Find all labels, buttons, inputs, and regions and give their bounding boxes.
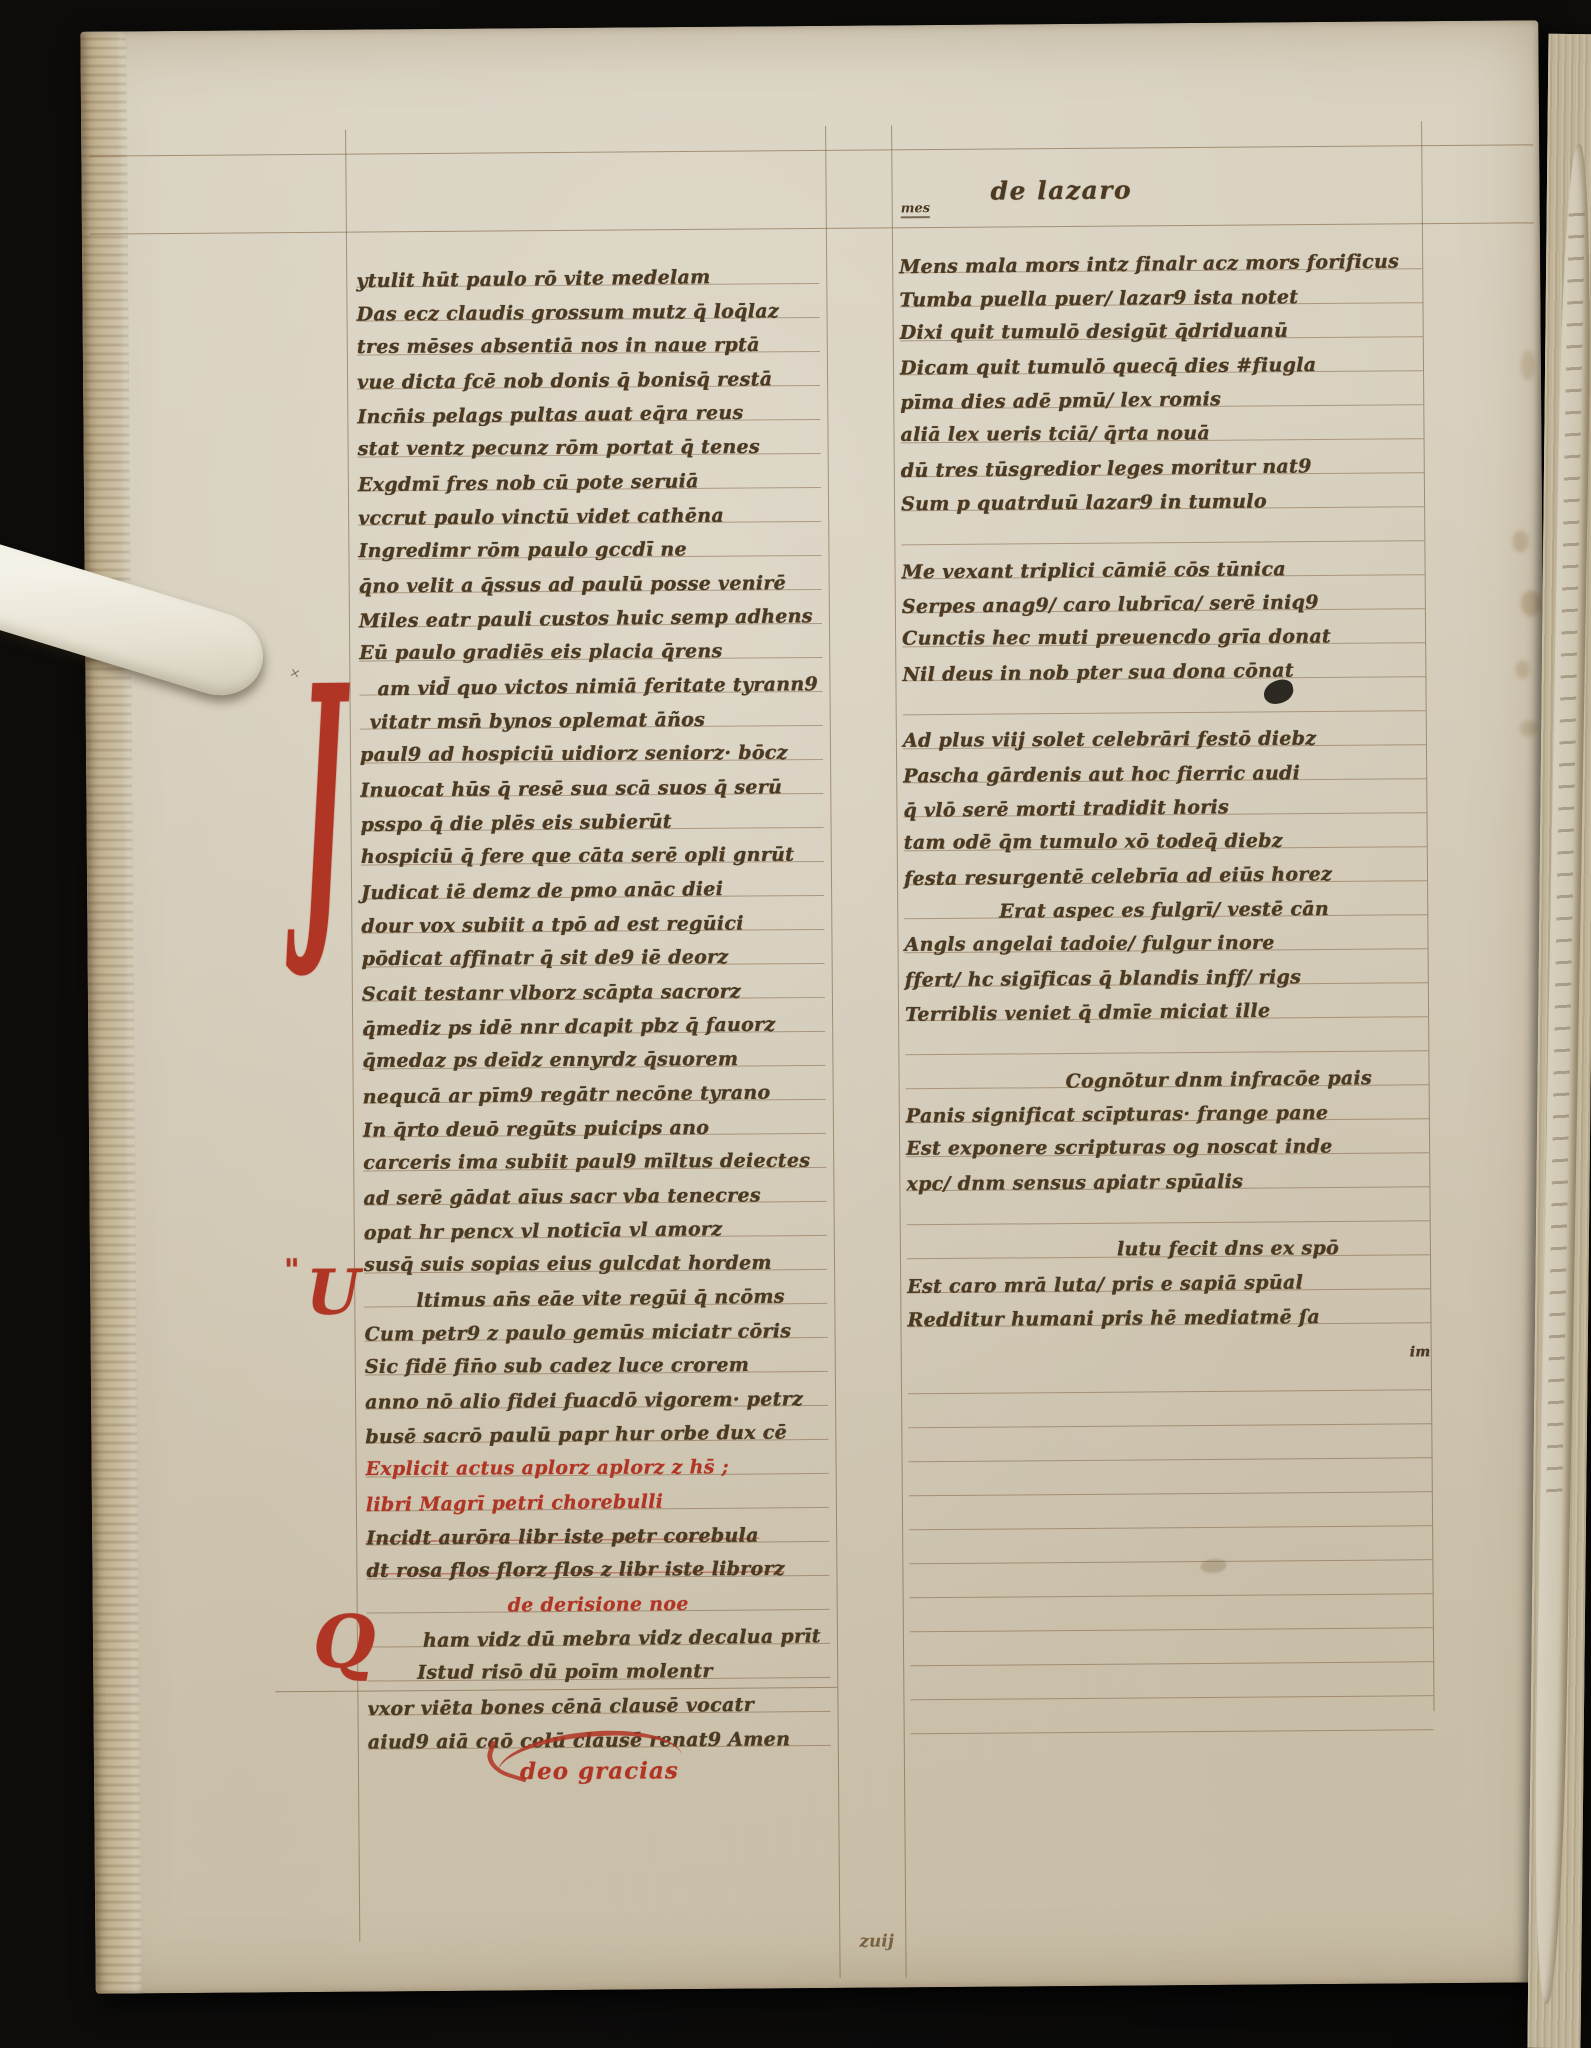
edge-stain bbox=[1521, 590, 1541, 616]
manuscript-line: psspo q̄ die plēs eis subierūt bbox=[360, 794, 823, 832]
manuscript-line: q̄mediz ps idē nnr dcapit pbz q̄ fauorz bbox=[362, 998, 825, 1036]
manuscript-line: Ingredimr rōm paulo gccdī ne bbox=[358, 522, 821, 560]
manuscript-line: am vid̄ quo victos nimiā feritate tyrann… bbox=[359, 658, 822, 696]
next-leaf-text-hint bbox=[1546, 204, 1585, 1505]
manuscript-line: pīma dies adē pmū/ lex romis bbox=[900, 371, 1423, 409]
header-title: de lazaro bbox=[990, 176, 1132, 206]
manuscript-line: Angls angelai tadoie/ fulgur inore bbox=[904, 915, 1427, 953]
manuscript-line: Cum petr9 z paulo gemūs miciatr cōris bbox=[364, 1304, 827, 1342]
right-text-column: Mens mala mors intz finalr acz mors fori… bbox=[899, 235, 1434, 1734]
manuscript-line: vitatr msn̄ bynos oplemat āños bbox=[360, 692, 823, 730]
manuscript-line: busē sacrō paulū papr hur orbe dux cē bbox=[365, 1406, 828, 1444]
manuscript-line-text: deo gracias bbox=[520, 1757, 679, 1785]
manuscript-line: xpc/ dnm sensus apiatr spūalis bbox=[906, 1153, 1429, 1191]
manuscript-line: festa resurgentē celebrīa ad eiūs horez bbox=[904, 847, 1427, 885]
manuscript-line: q̄no velit a q̄ssus ad paulū posse venir… bbox=[358, 556, 821, 594]
manuscript-line: Est exponere scripturas og noscat inde bbox=[906, 1119, 1429, 1157]
manuscript-line: Sum p quatrduū lazar9 in tumulo bbox=[901, 473, 1424, 511]
manuscript-line: Incn̄is pelags pultas auat eq̄ra reus bbox=[357, 386, 820, 424]
manuscript-line: ham vidz dū mebra vidz decalua prītQ bbox=[367, 1610, 830, 1648]
manuscript-line: Me vexant triplici cāmiē cōs tūnica bbox=[901, 541, 1424, 579]
manuscript-line: deo gracias bbox=[368, 1746, 831, 1783]
manuscript-line: Judicat iē demz de pmo anāc diei bbox=[361, 862, 824, 900]
manuscript-line: Das ecz claudis grossum mutz q̄ loq̄laz bbox=[356, 284, 819, 322]
manuscript-line: Est caro mrā luta/ pris e sapiā spūal bbox=[907, 1255, 1430, 1293]
rubricated-initial-J: J bbox=[299, 648, 347, 960]
photo-backdrop: mes de lazaro ytulit hūt paulo rō vite m… bbox=[0, 0, 1591, 2048]
manuscript-line: anno nō alio fidei fuacdō vigorem· petrz bbox=[365, 1372, 828, 1410]
ruled-blank-line bbox=[909, 1560, 1432, 1598]
rubricated-initial-Q: Q bbox=[313, 1605, 376, 1677]
ruled-blank-line bbox=[910, 1662, 1433, 1700]
binding-gutter-edge bbox=[80, 31, 141, 1993]
manuscript-line: ad serē gādat aīus sacr vba tenecres bbox=[363, 1168, 826, 1206]
ruled-blank-line bbox=[910, 1594, 1433, 1632]
ruled-blank-line bbox=[901, 507, 1424, 545]
manuscript-line: Redditur humani pris hē mediatmē ſa bbox=[907, 1289, 1430, 1327]
quire-signature-mark: zuij bbox=[859, 1931, 894, 1951]
manuscript-line: libri Magrī petri chorebulli bbox=[366, 1474, 829, 1512]
manuscript-line: Nil deus in nob pter sua dona cōnat bbox=[902, 643, 1425, 681]
manuscript-line: ytulit hūt paulo rō vite medelam bbox=[356, 250, 819, 288]
manuscript-line: Serpes anag9/ caro lubrīca/ serē iniq9 bbox=[902, 575, 1425, 613]
manuscript-line: lutu fecit dns ex spō bbox=[907, 1221, 1430, 1259]
manuscript-line: In q̄rto deuō regūts puicips ano bbox=[363, 1100, 826, 1138]
manuscript-line: Sic fidē fin̄o sub cadez luce crorem bbox=[365, 1338, 828, 1376]
manuscript-line: Miles eatr pauli custos huic semp adhens bbox=[359, 590, 822, 628]
manuscript-line: dū tres tūsgredior leges moritur nat9 bbox=[901, 439, 1424, 477]
manuscript-line: hospiciū q̄ fere que cāta serē opli gnrū… bbox=[361, 828, 824, 866]
manuscript-line: tam odē q̄m tumulo xō todeq̄ diebz bbox=[904, 813, 1427, 851]
manuscript-line: carceris ima subiit paul9 mīltus deiecte… bbox=[363, 1134, 826, 1172]
left-text-column: ytulit hūt paulo rō vite medelamDas ecz … bbox=[356, 250, 831, 1783]
manuscript-line: Dixi quit tumulō desigūt q̄driduanū bbox=[900, 303, 1423, 341]
manuscript-line: stat ventz pecunz rōm portat q̄ tenes bbox=[357, 420, 820, 458]
manuscript-line: aliā lex ueris tciā/ q̄rta nouā bbox=[900, 405, 1423, 443]
ruled-blank-line bbox=[910, 1628, 1433, 1666]
manuscript-line: Eū paulo gradiēs eis placia q̄rens bbox=[359, 624, 822, 662]
manuscript-page: mes de lazaro ytulit hūt paulo rō vite m… bbox=[80, 20, 1553, 1993]
manuscript-line: Pascha gārdenis aut hoc fierric audi bbox=[903, 745, 1426, 783]
manuscript-line: ltimus an̄s eāe vite regūi q̄ ncōmsU bbox=[364, 1270, 827, 1308]
manuscript-line: Inuocat hūs q̄ resē sua scā suos q̄ serū bbox=[360, 760, 823, 798]
manuscript-line: Scait testanr vlborz scāpta sacrorz bbox=[362, 964, 825, 1002]
manuscript-line: tres mēses absentiā nos in naue rptā bbox=[357, 318, 820, 356]
edge-stain bbox=[1521, 350, 1535, 380]
rubricated-initial-U: U bbox=[306, 1262, 361, 1324]
manuscript-line: nequcā ar pīm9 regātr necōne tyrano bbox=[362, 1066, 825, 1104]
header-margin-note: mes bbox=[901, 201, 930, 218]
manuscript-line: opat hr pencx vl noticīa vl amorz bbox=[364, 1202, 827, 1240]
manuscript-line: q̄ vlō serē morti tradidit horis bbox=[903, 779, 1426, 817]
ruled-blank-line bbox=[908, 1390, 1431, 1428]
manuscript-line: vue dicta fcē nob donis q̄ bonisq̄ restā bbox=[357, 352, 820, 390]
ruled-blank-line bbox=[909, 1492, 1432, 1530]
manuscript-line: vccrut paulo vinctū videt cathēna bbox=[358, 488, 821, 526]
manuscript-line: Ad plus viij solet celebrāri festō diebz bbox=[903, 711, 1426, 749]
ruling-top-line-1 bbox=[89, 144, 1533, 156]
ruled-blank-line bbox=[908, 1424, 1431, 1462]
manuscript-line: paul9 ad hospiciū uidiorz seniorz· bōcz bbox=[360, 726, 823, 764]
manuscript-line: Panis significat scīpturas· frange pane bbox=[906, 1085, 1429, 1123]
ruled-blank-line bbox=[902, 677, 1425, 715]
ruled-blank-line bbox=[909, 1458, 1432, 1496]
manuscript-line: dour vox subiit a tpō ad est regūici bbox=[361, 896, 824, 934]
edge-stain bbox=[1515, 660, 1529, 678]
ruled-blank-line bbox=[908, 1356, 1431, 1394]
manuscript-line: Exgdmī fres nob cū pote seruiā bbox=[358, 454, 821, 492]
manuscript-line: Erat aspec es fulgrī/ vestē cān bbox=[904, 881, 1427, 919]
manuscript-line: susq̄ suis sopias eius gulcdat hordem bbox=[364, 1236, 827, 1274]
ruled-blank-line bbox=[910, 1696, 1433, 1734]
manuscript-line: ffert/ hc sigīficas q̄ blandis inff/ rig… bbox=[905, 949, 1428, 987]
manuscript-line: Terriblis veniet q̄ dmīe miciat ille bbox=[905, 983, 1428, 1021]
manuscript-line: de derisione noe bbox=[366, 1576, 829, 1614]
manuscript-line: Cognōtur dnm infracōe pais bbox=[905, 1051, 1428, 1089]
column-header: mes de lazaro bbox=[898, 173, 1438, 223]
manuscript-line: q̄medaz ps deīdz ennyrdz q̄suorem bbox=[362, 1032, 825, 1070]
manuscript-line: Istud risō dū poīm molentr bbox=[367, 1644, 830, 1682]
ruled-blank-line bbox=[905, 1017, 1428, 1055]
ruling-top-line-2 bbox=[90, 222, 1534, 234]
manuscript-line: Tumba puella puer/ lazar9 ista notet bbox=[899, 269, 1422, 307]
manuscript-line: Incidt aurōra libr iste petr corebula bbox=[366, 1508, 829, 1546]
ruled-blank-line bbox=[909, 1526, 1432, 1564]
manuscript-line: im bbox=[908, 1323, 1431, 1360]
manuscript-line: Mens mala mors intz finalr acz mors fori… bbox=[899, 235, 1422, 273]
manuscript-line: vxor viēta bones cēnā clausē vocatr bbox=[367, 1678, 830, 1716]
manuscript-line: Explicit actus aplorz aplorz z hs̄ ; bbox=[365, 1440, 828, 1478]
edge-stain bbox=[1520, 720, 1538, 736]
manuscript-line: Cunctis hec muti preuencdo grīa donat bbox=[902, 609, 1425, 647]
manuscript-line: Dicam quit tumulō quecq̄ dies #fiugla bbox=[900, 337, 1423, 375]
edge-stain bbox=[1512, 530, 1528, 552]
ruled-blank-line bbox=[906, 1187, 1429, 1225]
manuscript-line: pōdicat affinatr q̄ sit de9 iē deorz bbox=[361, 930, 824, 968]
manuscript-line: dt rosa flos florz flos z libr iste libr… bbox=[366, 1542, 829, 1580]
